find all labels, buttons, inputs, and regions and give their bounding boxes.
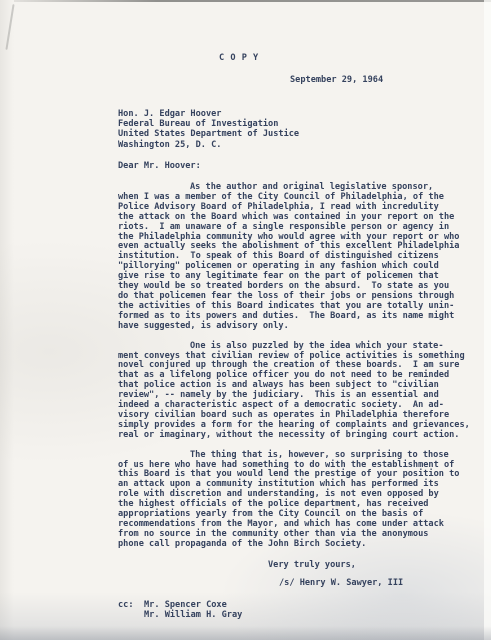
body-paragraph-3: The thing that is, however, so surprisin… bbox=[118, 451, 478, 550]
letter-date: September 29, 1964 bbox=[290, 75, 383, 85]
cc-label: cc: bbox=[118, 600, 144, 610]
paper-crease-artifact bbox=[5, 4, 14, 50]
typed-signature: /s/ Henry W. Sawyer, III bbox=[279, 578, 478, 588]
body-paragraph-2: One is also puzzled by the idea which yo… bbox=[118, 342, 478, 441]
cc-recipient-names: Mr. Spencer Coxe Mr. William H. Gray bbox=[144, 600, 242, 620]
copy-stamp-label: C O P Y bbox=[219, 53, 259, 63]
recipient-address-block: Hon. J. Edgar Hoover Federal Bureau of I… bbox=[118, 109, 299, 150]
scan-right-edge-artifact bbox=[484, 0, 491, 640]
scan-bottom-edge-artifact bbox=[0, 626, 491, 640]
body-paragraph-1: As the author and original legislative s… bbox=[118, 183, 478, 332]
scan-top-edge-artifact bbox=[14, 0, 491, 2]
valediction: Very truly yours, bbox=[268, 560, 478, 570]
cc-block: cc: Mr. Spencer Coxe Mr. William H. Gray bbox=[118, 600, 478, 620]
letter-body: As the author and original legislative s… bbox=[118, 183, 478, 620]
scanned-letter-page: C O P Y September 29, 1964 Hon. J. Edgar… bbox=[0, 0, 491, 640]
salutation: Dear Mr. Hoover: bbox=[118, 161, 201, 171]
